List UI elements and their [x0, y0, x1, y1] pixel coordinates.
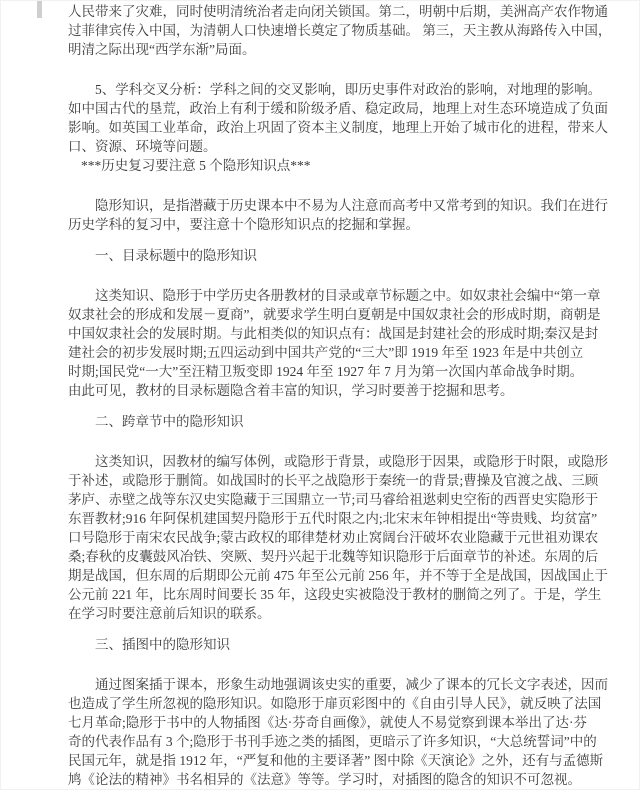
text-line: 通过图案插于课本，形象生动地强调该史实的重要，减少了课本的冗长文字表述，因而 [68, 675, 613, 694]
text-line: 在学习时要注意前后知识的联系。 [68, 604, 613, 623]
text-line: 期是战国，但东周的后期即公元前 475 年至公元前 256 年，并不等于全是战国… [68, 566, 613, 585]
text-line: 5、学科交叉分析：学科之间的交叉影响，即历史事件对政治的影响，对地理的影响。 [68, 80, 613, 99]
document-page: 人民带来了灾难，同时使明清统治者走向闭关锁国。第二，明朝中后期，美洲高产农作物通… [0, 0, 640, 790]
text-line: 也造成了学生所忽视的隐形知识。如隐形于扉页彩图中的《自由引导人民》，就反映了法国 [68, 694, 613, 713]
text-line: 于补述，或隐形于删简。如战国时的长平之战隐形于秦统一的背景;曹操及官渡之战、三顾 [68, 471, 613, 490]
text-line: 口、资源、环境等问题。 [68, 137, 613, 156]
text-line: 桑;春秋的皮囊鼓风冶铁、突厥、契丹兴起于北魏等知识隐形于后面章节的补述。东周的后 [68, 547, 613, 566]
text-line: ***历史复习要注意 5 个隐形知识点*** [68, 156, 613, 175]
text-line: 如中国古代的垦荒，政治上有利于缓和阶级矛盾、稳定政局，地理上对生态环境造成了负面 [68, 99, 613, 118]
text-line: 三、插图中的隐形知识 [68, 635, 613, 654]
text-line: 二、跨章节中的隐形知识 [68, 412, 613, 431]
text-line: 中国奴隶社会的发展时期。与此相类似的知识点有：战国是封建社会的形成时期;秦汉是封 [68, 324, 613, 343]
heading-section-3: 三、插图中的隐形知识 [68, 635, 613, 654]
text-line: 口号隐形于南宋农民战争;蒙古政权的耶律楚材劝止窝阔台汗破坏农业隐藏于元世祖劝课农 [68, 528, 613, 547]
text-line: 过菲律宾传入中国，为清朝人口快速增长奠定了物质基础。 第三，天主教从海路传入中国… [68, 21, 613, 40]
text-line: 一、目录标题中的隐形知识 [68, 246, 613, 265]
text-line: 茅庐、赤壁之战等东汉史实隐藏于三国鼎立一节;司马睿给祖逖刺史空衔的西晋史实隐形于 [68, 490, 613, 509]
text-line: 奇的代表作品有 3 个;隐形于书刊手迹之类的插图，更暗示了许多知识，“大总统誓词… [68, 732, 613, 751]
document-body: 人民带来了灾难，同时使明清统治者走向闭关锁国。第二，明朝中后期，美洲高产农作物通… [68, 2, 613, 789]
text-line: 这类知识、隐形于中学历史各册教材的目录或章节标题之中。如奴隶社会编中“第一章 [68, 286, 613, 305]
text-line: 隐形知识，是指潜藏于历史课本中不易为人注意而高考中又常考到的知识。我们在进行 [68, 196, 613, 215]
paragraph-section-2: 这类知识，因教材的编写体例，或隐形于背景，或隐形于因果，或隐形于时限，或隐形于补… [68, 452, 613, 623]
text-line: 历史学科的复习中，要注意十个隐形知识点的挖掘和掌握。 [68, 215, 613, 234]
starred-note: ***历史复习要注意 5 个隐形知识点*** [68, 156, 613, 175]
text-line: 这类知识，因教材的编写体例，或隐形于背景，或隐形于因果，或隐形于时限，或隐形 [68, 452, 613, 471]
top-edge-artifact [37, 1, 42, 18]
text-line: 民国元年，就是指 1912 年，“严复和他的主要译著” 图中除《天演论》之外，还… [68, 751, 613, 770]
paragraph-subject-cross-analysis: 5、学科交叉分析：学科之间的交叉影响，即历史事件对政治的影响，对地理的影响。如中… [68, 80, 613, 156]
text-line: 建社会的初步发展时期;五四运动到中国共产党的“三大”即 1919 年至 1923… [68, 343, 613, 362]
paragraph-hidden-knowledge-intro: 隐形知识，是指潜藏于历史课本中不易为人注意而高考中又常考到的知识。我们在进行历史… [68, 196, 613, 234]
paragraph-section-3: 通过图案插于课本，形象生动地强调该史实的重要，减少了课本的冗长文字表述，因而也造… [68, 675, 613, 789]
text-line: 时期;国民党“一大”至汪精卫叛变即 1924 年至 1927 年 7 月为第一次… [68, 362, 613, 381]
text-line: 公元前 221 年，比东周时间要长 35 年，这段史实被隐没于教材的删简之列了。… [68, 585, 613, 604]
text-line: 明清之际出现“西学东渐”局面。 [68, 40, 613, 59]
paragraph-ming-qing-continued: 人民带来了灾难，同时使明清统治者走向闭关锁国。第二，明朝中后期，美洲高产农作物通… [68, 2, 613, 59]
text-line: 人民带来了灾难，同时使明清统治者走向闭关锁国。第二，明朝中后期，美洲高产农作物通 [68, 2, 613, 21]
text-line: 鸠《论法的精神》书名相异的《法意》等等。学习时，对插图的隐含的知识不可忽视。 [68, 770, 613, 789]
text-line: 七月革命;隐形于书中的人物插图《达·芬奇自画像》，就使人不易觉察到课本举出了达·… [68, 713, 613, 732]
text-line: 奴隶社会的形成和发展－夏商”，就要求学生明白夏朝是中国奴隶社会的形成时期，商朝是 [68, 305, 613, 324]
paragraph-section-1: 这类知识、隐形于中学历史各册教材的目录或章节标题之中。如奴隶社会编中“第一章奴隶… [68, 286, 613, 400]
heading-section-2: 二、跨章节中的隐形知识 [68, 412, 613, 431]
heading-section-1: 一、目录标题中的隐形知识 [68, 246, 613, 265]
text-line: 影响。如英国工业革命，政治上巩固了资本主义制度，地理上开始了城市化的进程，带来人 [68, 118, 613, 137]
text-line: 由此可见，教材的目录标题隐含着丰富的知识，学习时要善于挖掘和思考。 [68, 381, 613, 400]
text-line: 东晋教材;916 年阿保机建国契丹隐形于五代时限之内;北宋末年钟相提出“等贵贱、… [68, 509, 613, 528]
